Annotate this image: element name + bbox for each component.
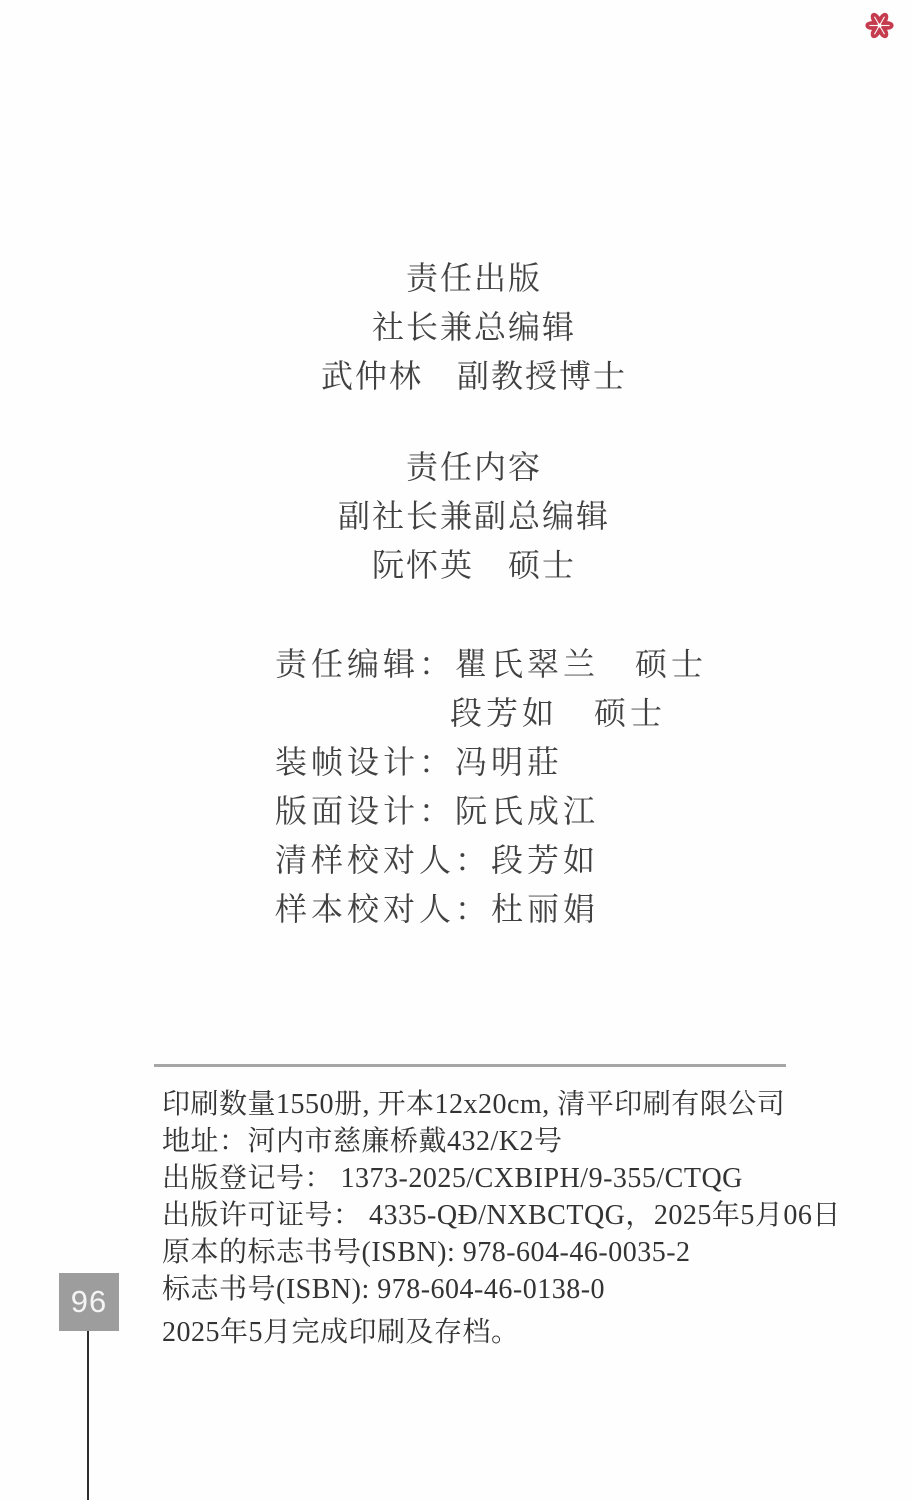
publish-role: 社长兼总编辑 xyxy=(37,303,911,352)
credit-row-editor-1: 责任编辑：瞿氏翠兰 硕士 xyxy=(275,640,875,689)
colophon-page: 责任出版 社长兼总编辑 武仲林 副教授博士 责任内容 副社长兼副总编辑 阮怀英 … xyxy=(0,0,911,1500)
divider-rule xyxy=(154,1064,786,1067)
imprint-isbn: 标志书号(ISBN): 978-604-46-0138-0 xyxy=(162,1271,842,1308)
credits-list: 责任编辑：瞿氏翠兰 硕士 段芳如 硕士 装帧设计：冯明莊 版面设计：阮氏成江 清… xyxy=(275,640,875,934)
imprint-address: 地址：河内市慈廉桥戴432/K2号 xyxy=(162,1123,842,1160)
imprint-registration: 出版登记号： 1373-2025/CXBIPH/9-355/CTQG xyxy=(162,1160,842,1197)
imprint-completion: 2025年5月完成印刷及存档。 xyxy=(162,1314,842,1351)
page-number: 96 xyxy=(71,1284,107,1320)
credit-row-editor-2: 段芳如 硕士 xyxy=(275,689,875,738)
imprint-block: 印刷数量1550册, 开本12x20cm, 清平印刷有限公司 地址：河内市慈廉桥… xyxy=(162,1086,842,1351)
spine-line xyxy=(87,1331,89,1500)
content-credit-block: 责任内容 副社长兼副总编辑 阮怀英 硕士 xyxy=(37,443,911,590)
publish-person: 武仲林 副教授博士 xyxy=(37,352,911,401)
imprint-print-info: 印刷数量1550册, 开本12x20cm, 清平印刷有限公司 xyxy=(162,1086,842,1123)
content-role: 副社长兼副总编辑 xyxy=(37,492,911,541)
imprint-isbn-original: 原本的标志书号(ISBN): 978-604-46-0035-2 xyxy=(162,1234,842,1271)
publish-credit-block: 责任出版 社长兼总编辑 武仲林 副教授博士 xyxy=(37,254,911,401)
page-number-tab: 96 xyxy=(59,1273,119,1331)
publish-title: 责任出版 xyxy=(37,254,911,303)
imprint-license: 出版许可证号： 4335-QĐ/NXBCTQG，2025年5月06日 xyxy=(162,1197,842,1234)
content-person: 阮怀英 硕士 xyxy=(37,541,911,590)
credit-row-proofreader-1: 清样校对人：段芳如 xyxy=(275,836,875,885)
credit-row-cover-design: 装帧设计：冯明莊 xyxy=(275,738,875,787)
credit-row-proofreader-2: 样本校对人：杜丽娟 xyxy=(275,885,875,934)
credit-row-layout-design: 版面设计：阮氏成江 xyxy=(275,787,875,836)
flower-ornament-icon xyxy=(864,10,895,41)
content-title: 责任内容 xyxy=(37,443,911,492)
